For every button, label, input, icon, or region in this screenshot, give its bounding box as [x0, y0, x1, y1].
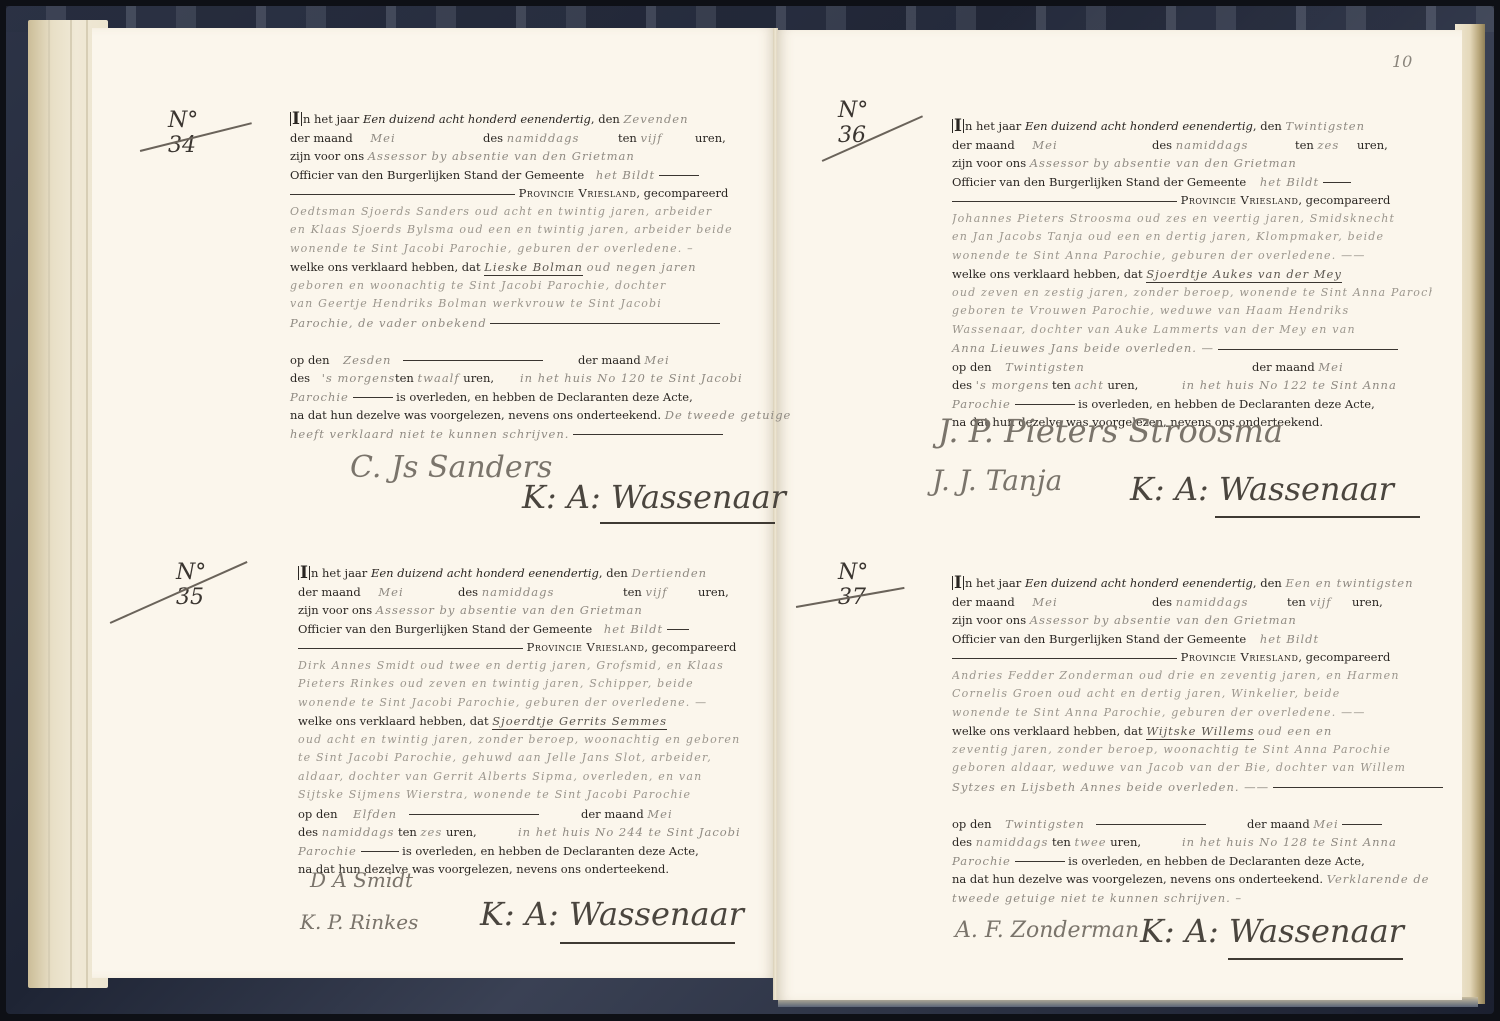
hw-deceased-name: Wijtske Willems: [1146, 724, 1254, 740]
act-form: In het jaar Een duizend acht honderd een…: [290, 110, 770, 443]
act-form: In het jaar Een duizend acht honderd een…: [298, 564, 778, 879]
signature-witness-1: J. P. Pieters Stroosma: [938, 412, 1283, 450]
hw-municipality: het Bildt: [596, 168, 655, 182]
signature-officer: K: A: Wassenaar: [522, 478, 786, 516]
signature-witness-2: J. J. Tanja: [932, 464, 1062, 497]
hw-daypart: namiddags: [507, 131, 580, 145]
hw-officer: Assessor by absentie van den Grietman: [368, 149, 635, 163]
hw-comparant-line: en Klaas Sjoerds Bylsma oud een en twint…: [290, 221, 770, 240]
act-form: In het jaar Een duizend acht honderd een…: [952, 117, 1432, 432]
hw-hour: vijf: [641, 131, 663, 145]
act-form: In het jaar Een duizend acht honderd een…: [952, 574, 1432, 907]
signature-witness-2: K. P. Rinkes: [300, 910, 418, 934]
act-number: N° 34: [168, 108, 198, 158]
act-number: N° 37: [838, 560, 868, 610]
hw-location: in het huis No 120 te Sint Jacobi: [520, 369, 743, 388]
signature-officer: K: A: Wassenaar: [1140, 912, 1404, 950]
signature-witness-1: D A Smidt: [310, 868, 413, 892]
hw-remark: De tweede getuige: [665, 408, 792, 422]
folio-number: 10: [1392, 52, 1412, 71]
hw-comparant-line: wonende te Sint Jacobi Parochie, geburen…: [290, 240, 770, 259]
signature-officer: K: A: Wassenaar: [480, 895, 744, 933]
hw-month: Mei: [370, 131, 395, 145]
drop-cap: I: [290, 112, 302, 126]
hw-day: Zevenden: [623, 112, 688, 126]
signature-witness-1: A. F. Zonderman: [955, 918, 1139, 943]
hw-comparant-line: Oedtsman Sjoerds Sanders oud acht en twi…: [290, 203, 770, 222]
hw-deceased-name: Sjoerdtje Gerrits Semmes: [492, 714, 667, 730]
signature-officer: K: A: Wassenaar: [1130, 470, 1394, 508]
hw-death-day: Zesden: [343, 353, 391, 367]
hw-deceased-name: Sjoerdtje Aukes van der Mey: [1146, 267, 1342, 283]
hw-deceased-name: Lieske Bolman: [484, 260, 583, 276]
